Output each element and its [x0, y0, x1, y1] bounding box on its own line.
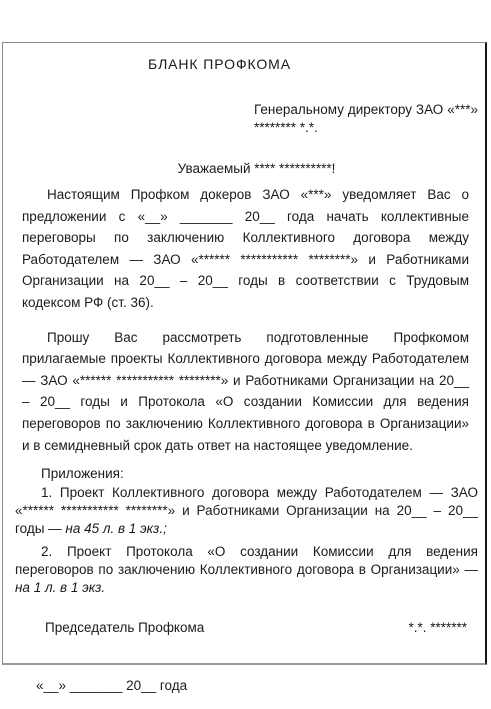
signature-name: *.*. ******* — [408, 619, 467, 636]
addressee-block: Генеральному директору ЗАО «***» *******… — [254, 101, 478, 136]
attachments-heading: Приложения: — [15, 465, 478, 483]
attachment-item-1-note: на 45 л. в 1 экз.; — [65, 521, 166, 536]
attachment-item-2-note: на 1 л. в 1 экз. — [15, 580, 105, 595]
body-paragraph-2: Прошу Вас рассмотреть подготовленные Про… — [22, 327, 469, 457]
document-page: { "page": { "title": "БЛАНК ПРОФКОМА" },… — [0, 0, 491, 709]
signature-row: Председатель Профкома *.*. ******* — [22, 619, 469, 636]
attachment-item-2-text: 2. Проект Протокола «О создании Комиссии… — [15, 544, 478, 577]
attachments-section: Приложения: 1. Проект Коллективного дого… — [15, 465, 478, 597]
addressee-line-2: ******** *.*. — [254, 119, 478, 137]
attachment-item-2: 2. Проект Протокола «О создании Комиссии… — [15, 543, 478, 597]
document-frame: БЛАНК ПРОФКОМА Генеральному директору ЗА… — [2, 42, 487, 665]
date-line: «__» _______ 20__ года — [36, 677, 469, 694]
document-title: БЛАНК ПРОФКОМА — [22, 56, 417, 72]
body-paragraph-1: Настоящим Профком докеров ЗАО «***» увед… — [22, 184, 469, 314]
addressee-line-1: Генеральному директору ЗАО «***» — [254, 101, 478, 119]
signature-position: Председатель Профкома — [45, 619, 204, 636]
greeting-line: Уважаемый **** **********! — [44, 161, 469, 177]
attachment-item-1: 1. Проект Коллективного договора между Р… — [15, 484, 478, 538]
